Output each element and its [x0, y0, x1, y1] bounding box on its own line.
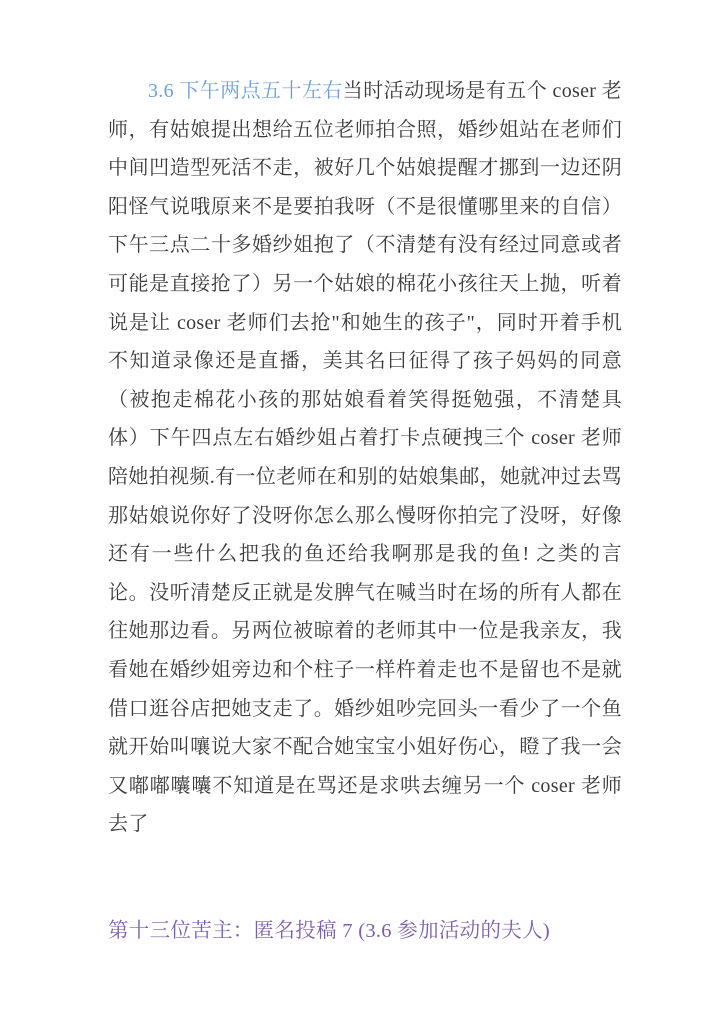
story-text: 当时活动现场是有五个 coser 老师，有姑娘提出想给五位老师拍合照，婚纱姐站在… [108, 80, 622, 835]
story-paragraph: 3.6 下午两点五十左右当时活动现场是有五个 coser 老师，有姑娘提出想给五… [108, 72, 622, 844]
document-page: 3.6 下午两点五十左右当时活动现场是有五个 coser 老师，有姑娘提出想给五… [0, 0, 724, 1024]
date-time-highlight: 3.6 下午两点五十左右 [148, 80, 343, 102]
next-submission-heading: 第十三位苦主：匿名投稿 7 (3.6 参加活动的夫人) [108, 916, 622, 946]
